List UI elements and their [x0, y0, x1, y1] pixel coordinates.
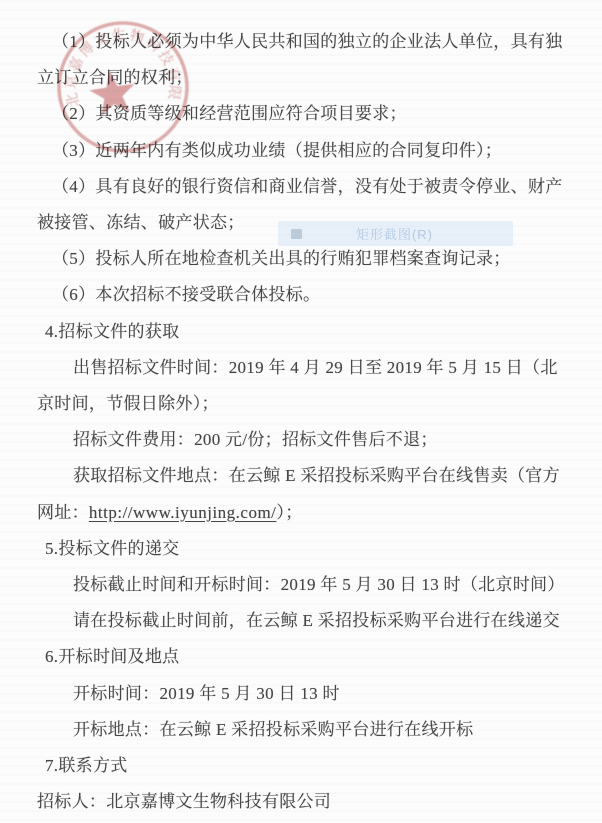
link-prefix: 网址：	[37, 503, 89, 522]
text-line: 6.开标时间及地点	[37, 639, 577, 675]
text-line: 出售招标文件时间：2019 年 4 月 29 日至 2019 年 5 月 15 …	[37, 350, 577, 386]
document-page: （1）投标人必须为中华人民共和国的独立的企业法人单位，具有独立订立合同的权利；（…	[0, 0, 602, 823]
company-seal-stamp: 北京嘉博文生物科技有限公司	[45, 8, 201, 166]
text-line: （4）具有良好的银行资信和商业信誉，没有处于被责令停业、财产	[37, 169, 577, 205]
text-line: 招标人：北京嘉博文生物科技有限公司	[37, 784, 577, 820]
text-line: （5）投标人所在地检查机关出具的行贿犯罪档案查询记录；	[37, 241, 577, 277]
watermark-label: 矩形截图(R)	[356, 224, 459, 243]
text-line: 招标文件费用：200 元/份；招标文件售后不退；	[37, 422, 577, 458]
text-line: 5.投标文件的递交	[37, 531, 577, 567]
text-line: 请在投标截止时间前，在云鲸 E 采招投标采购平台进行在线递交	[37, 603, 577, 639]
screenshot-tooltip-watermark: 矩形截图(R)	[278, 221, 513, 246]
text-line: 开标地点：在云鲸 E 采招投标采购平台进行在线开标	[37, 712, 577, 748]
text-line: 7.联系方式	[37, 748, 577, 784]
text-line: 获取招标文件地点：在云鲸 E 采招投标采购平台在线售卖（官方	[37, 458, 577, 494]
website-link[interactable]: http://www.iyunjing.com/	[89, 503, 277, 522]
text-line: 网址：http://www.iyunjing.com/）；	[37, 495, 577, 531]
rectangle-capture-icon	[291, 229, 302, 239]
link-suffix: ）；	[276, 503, 302, 522]
text-line: （6）本次招标不接受联合体投标。	[37, 277, 577, 313]
text-line: 投标截止时间和开标时间：2019 年 5 月 30 日 13 时（北京时间）	[37, 567, 577, 603]
text-line: 4.招标文件的获取	[37, 314, 577, 350]
seal-star-icon	[87, 68, 138, 117]
text-line: 开标时间：2019 年 5 月 30 日 13 时	[37, 676, 577, 712]
text-line: 京时间，节假日除外）；	[37, 386, 577, 422]
